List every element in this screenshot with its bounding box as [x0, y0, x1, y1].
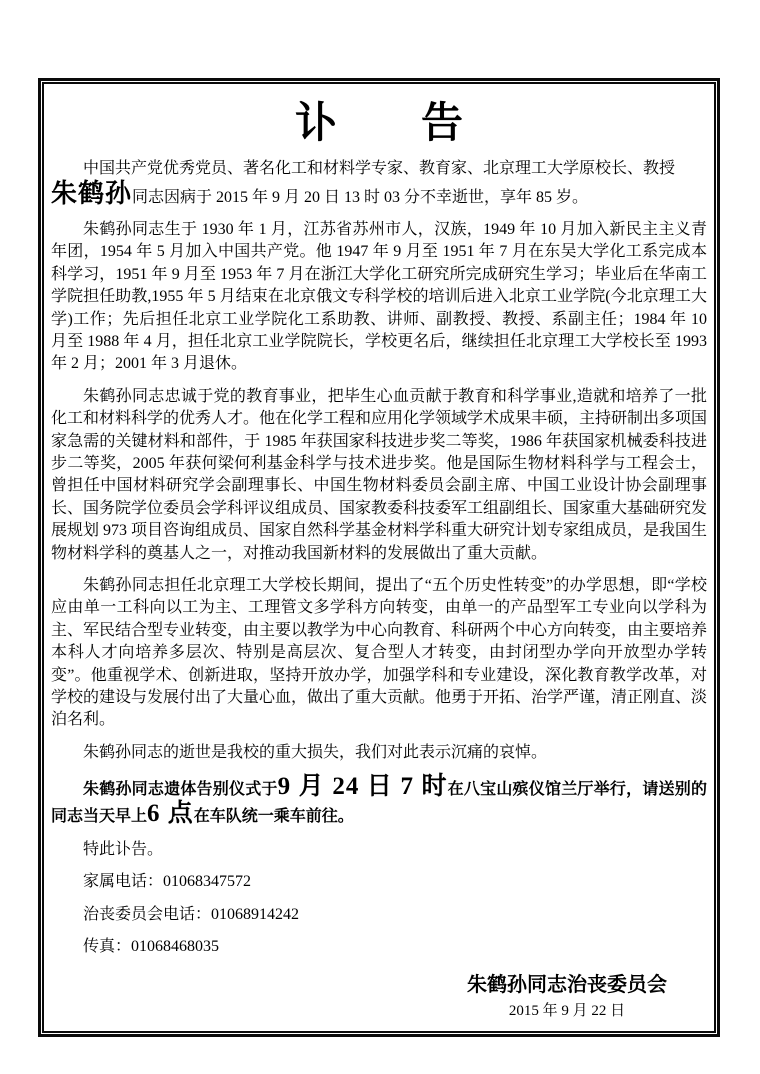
presidency-paragraph: 朱鹤孙同志担任北京理工大学校长期间，提出了“五个历史性转变”的办学思想，即“学校… [51, 575, 707, 732]
bio-paragraph: 朱鹤孙同志生于 1930 年 1 月，江苏省苏州市人，汉族，1949 年 10 … [51, 219, 707, 376]
intro-honorifics-line: 中国共产党优秀党员、著名化工和材料学专家、教育家、北京理工大学原校长、教授 [83, 160, 675, 177]
funeral-datetime: 9 月 24 日 7 时 [278, 773, 448, 800]
assembly-time: 6 点 [147, 800, 194, 827]
signature-date: 2015 年 9 月 22 日 [467, 1000, 667, 1023]
signature-block: 朱鹤孙同志治丧委员会 2015 年 9 月 22 日 [467, 972, 667, 1023]
deceased-name: 朱鹤孙 [51, 179, 132, 208]
achievements-paragraph: 朱鹤孙同志忠诚于党的教育事业，把毕生心血贡献于教育和科学事业,造就和培养了一批化… [51, 386, 707, 565]
obituary-page: { "colors": { "ink": "#000000", "paper":… [0, 0, 760, 1074]
condolence-paragraph: 朱鹤孙同志的逝世是我校的重大损失，我们对此表示沉痛的哀悼。 [51, 742, 707, 764]
intro-paragraph: 中国共产党优秀党员、著名化工和材料学专家、教育家、北京理工大学原校长、教授 朱鹤… [51, 158, 707, 209]
fax-line: 传真：01068468035 [51, 936, 707, 958]
funeral-text-tail: 在车队统一乘车前往。 [194, 808, 354, 825]
document-frame-inner: 讣 告 中国共产党优秀党员、著名化工和材料学专家、教育家、北京理工大学原校长、教… [42, 82, 716, 1033]
funeral-arrangement-paragraph: 朱鹤孙同志遗体告别仪式于9 月 24 日 7 时在八宝山殡仪馆兰厅举行，请送别的… [51, 774, 707, 829]
document-frame: 讣 告 中国共产党优秀党员、著名化工和材料学专家、教育家、北京理工大学原校长、教… [38, 78, 720, 1037]
notice-title: 讣 告 [51, 100, 707, 148]
signature-committee: 朱鹤孙同志治丧委员会 [467, 972, 667, 998]
closing-notice: 特此讣告。 [51, 839, 707, 861]
funeral-text-lead: 朱鹤孙同志遗体告别仪式于 [83, 781, 278, 798]
committee-phone-line: 治丧委员会电话：01068914242 [51, 904, 707, 926]
family-phone-line: 家属电话：01068347572 [51, 871, 707, 893]
death-announcement-text: 同志因病于 2015 年 9 月 20 日 13 时 03 分不幸逝世，享年 8… [132, 189, 588, 206]
